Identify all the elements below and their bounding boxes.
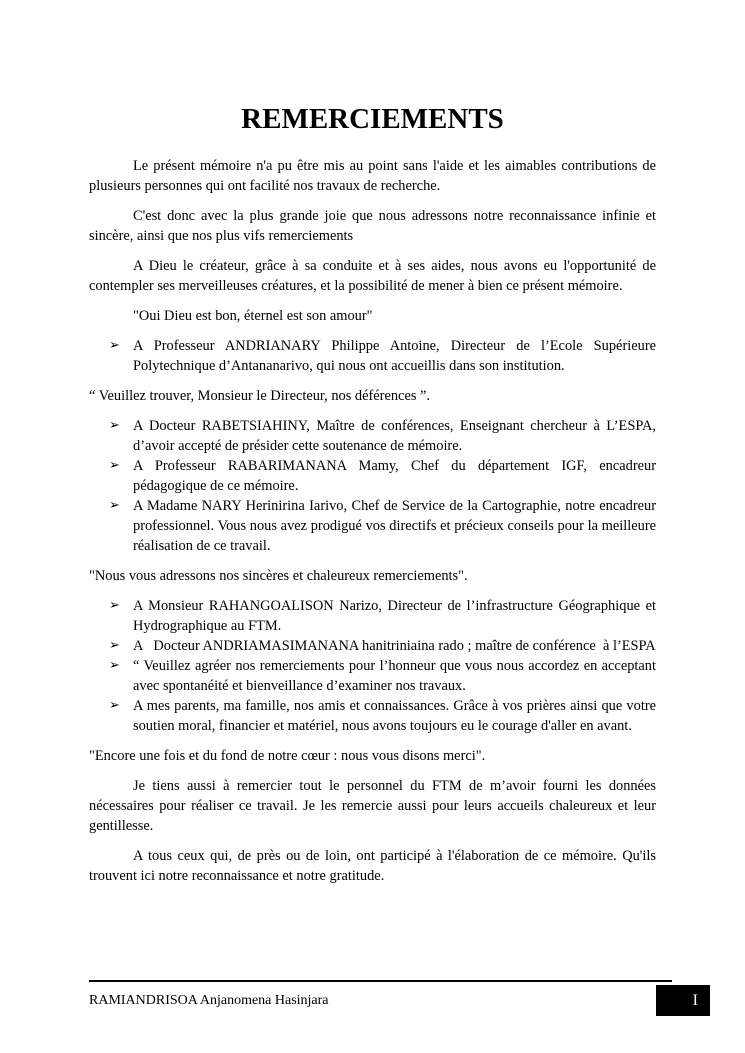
- list-item-text: A Monsieur RAHANGOALISON Narizo, Directe…: [133, 598, 656, 634]
- bullet-list-director: ➢ A Professeur ANDRIANARY Philippe Antoi…: [89, 336, 656, 376]
- closing-merci: "Encore une fois et du fond de notre cœu…: [89, 746, 656, 766]
- list-item-text: A mes parents, ma famille, nos amis et c…: [133, 698, 656, 734]
- arrow-bullet-icon: ➢: [109, 596, 120, 616]
- closing-director: “ Veuillez trouver, Monsieur le Directeu…: [89, 386, 656, 406]
- list-item: ➢ A Docteur RABETSIAHINY, Maître de conf…: [89, 416, 656, 456]
- bullet-list-jury: ➢ A Docteur RABETSIAHINY, Maître de conf…: [89, 416, 656, 556]
- list-item: ➢ A mes parents, ma famille, nos amis et…: [89, 696, 656, 736]
- arrow-bullet-icon: ➢: [109, 456, 120, 476]
- list-item-text: A Docteur ANDRIAMASIMANANA hanitriniaina…: [133, 638, 656, 654]
- paragraph-intro: Le présent mémoire n'a pu être mis au po…: [89, 156, 656, 196]
- list-item-text: A Madame NARY Herinirina Iarivo, Chef de…: [133, 498, 656, 554]
- arrow-bullet-icon: ➢: [109, 656, 120, 676]
- list-item-text: A Docteur RABETSIAHINY, Maître de confér…: [133, 418, 656, 454]
- paragraph-reconnaissance: C'est donc avec la plus grande joie que …: [89, 206, 656, 246]
- list-item-text: A Professeur RABARIMANANA Mamy, Chef du …: [133, 458, 656, 494]
- list-item: ➢ A Docteur ANDRIAMASIMANANA hanitriniai…: [89, 636, 656, 656]
- footer-divider: [89, 980, 672, 982]
- list-item-text: “ Veuillez agréer nos remerciements pour…: [133, 658, 656, 694]
- arrow-bullet-icon: ➢: [109, 416, 120, 436]
- list-item-text: A Professeur ANDRIANARY Philippe Antoine…: [133, 338, 656, 374]
- list-item: ➢ A Professeur ANDRIANARY Philippe Antoi…: [89, 336, 656, 376]
- paragraph-ftm: Je tiens aussi à remercier tout le perso…: [89, 776, 656, 836]
- arrow-bullet-icon: ➢: [109, 696, 120, 716]
- list-item: ➢ A Professeur RABARIMANANA Mamy, Chef d…: [89, 456, 656, 496]
- list-item: ➢ A Madame NARY Herinirina Iarivo, Chef …: [89, 496, 656, 556]
- arrow-bullet-icon: ➢: [109, 496, 120, 516]
- document-body: Le présent mémoire n'a pu être mis au po…: [89, 156, 656, 896]
- bullet-list-others: ➢ A Monsieur RAHANGOALISON Narizo, Direc…: [89, 596, 656, 736]
- arrow-bullet-icon: ➢: [109, 336, 120, 356]
- paragraph-dieu: A Dieu le créateur, grâce à sa conduite …: [89, 256, 656, 296]
- footer-author: RAMIANDRISOA Anjanomena Hasinjara: [89, 992, 329, 1010]
- arrow-bullet-icon: ➢: [109, 636, 120, 656]
- paragraph-gratitude: A tous ceux qui, de près ou de loin, ont…: [89, 846, 656, 886]
- list-item: ➢ “ Veuillez agréer nos remerciements po…: [89, 656, 656, 696]
- closing-jury: "Nous vous adressons nos sincères et cha…: [89, 566, 656, 586]
- list-item: ➢ A Monsieur RAHANGOALISON Narizo, Direc…: [89, 596, 656, 636]
- page-number-badge: I: [656, 985, 710, 1016]
- page-title: REMERCIEMENTS: [89, 101, 656, 137]
- quote-dieu: "Oui Dieu est bon, éternel est son amour…: [89, 306, 656, 326]
